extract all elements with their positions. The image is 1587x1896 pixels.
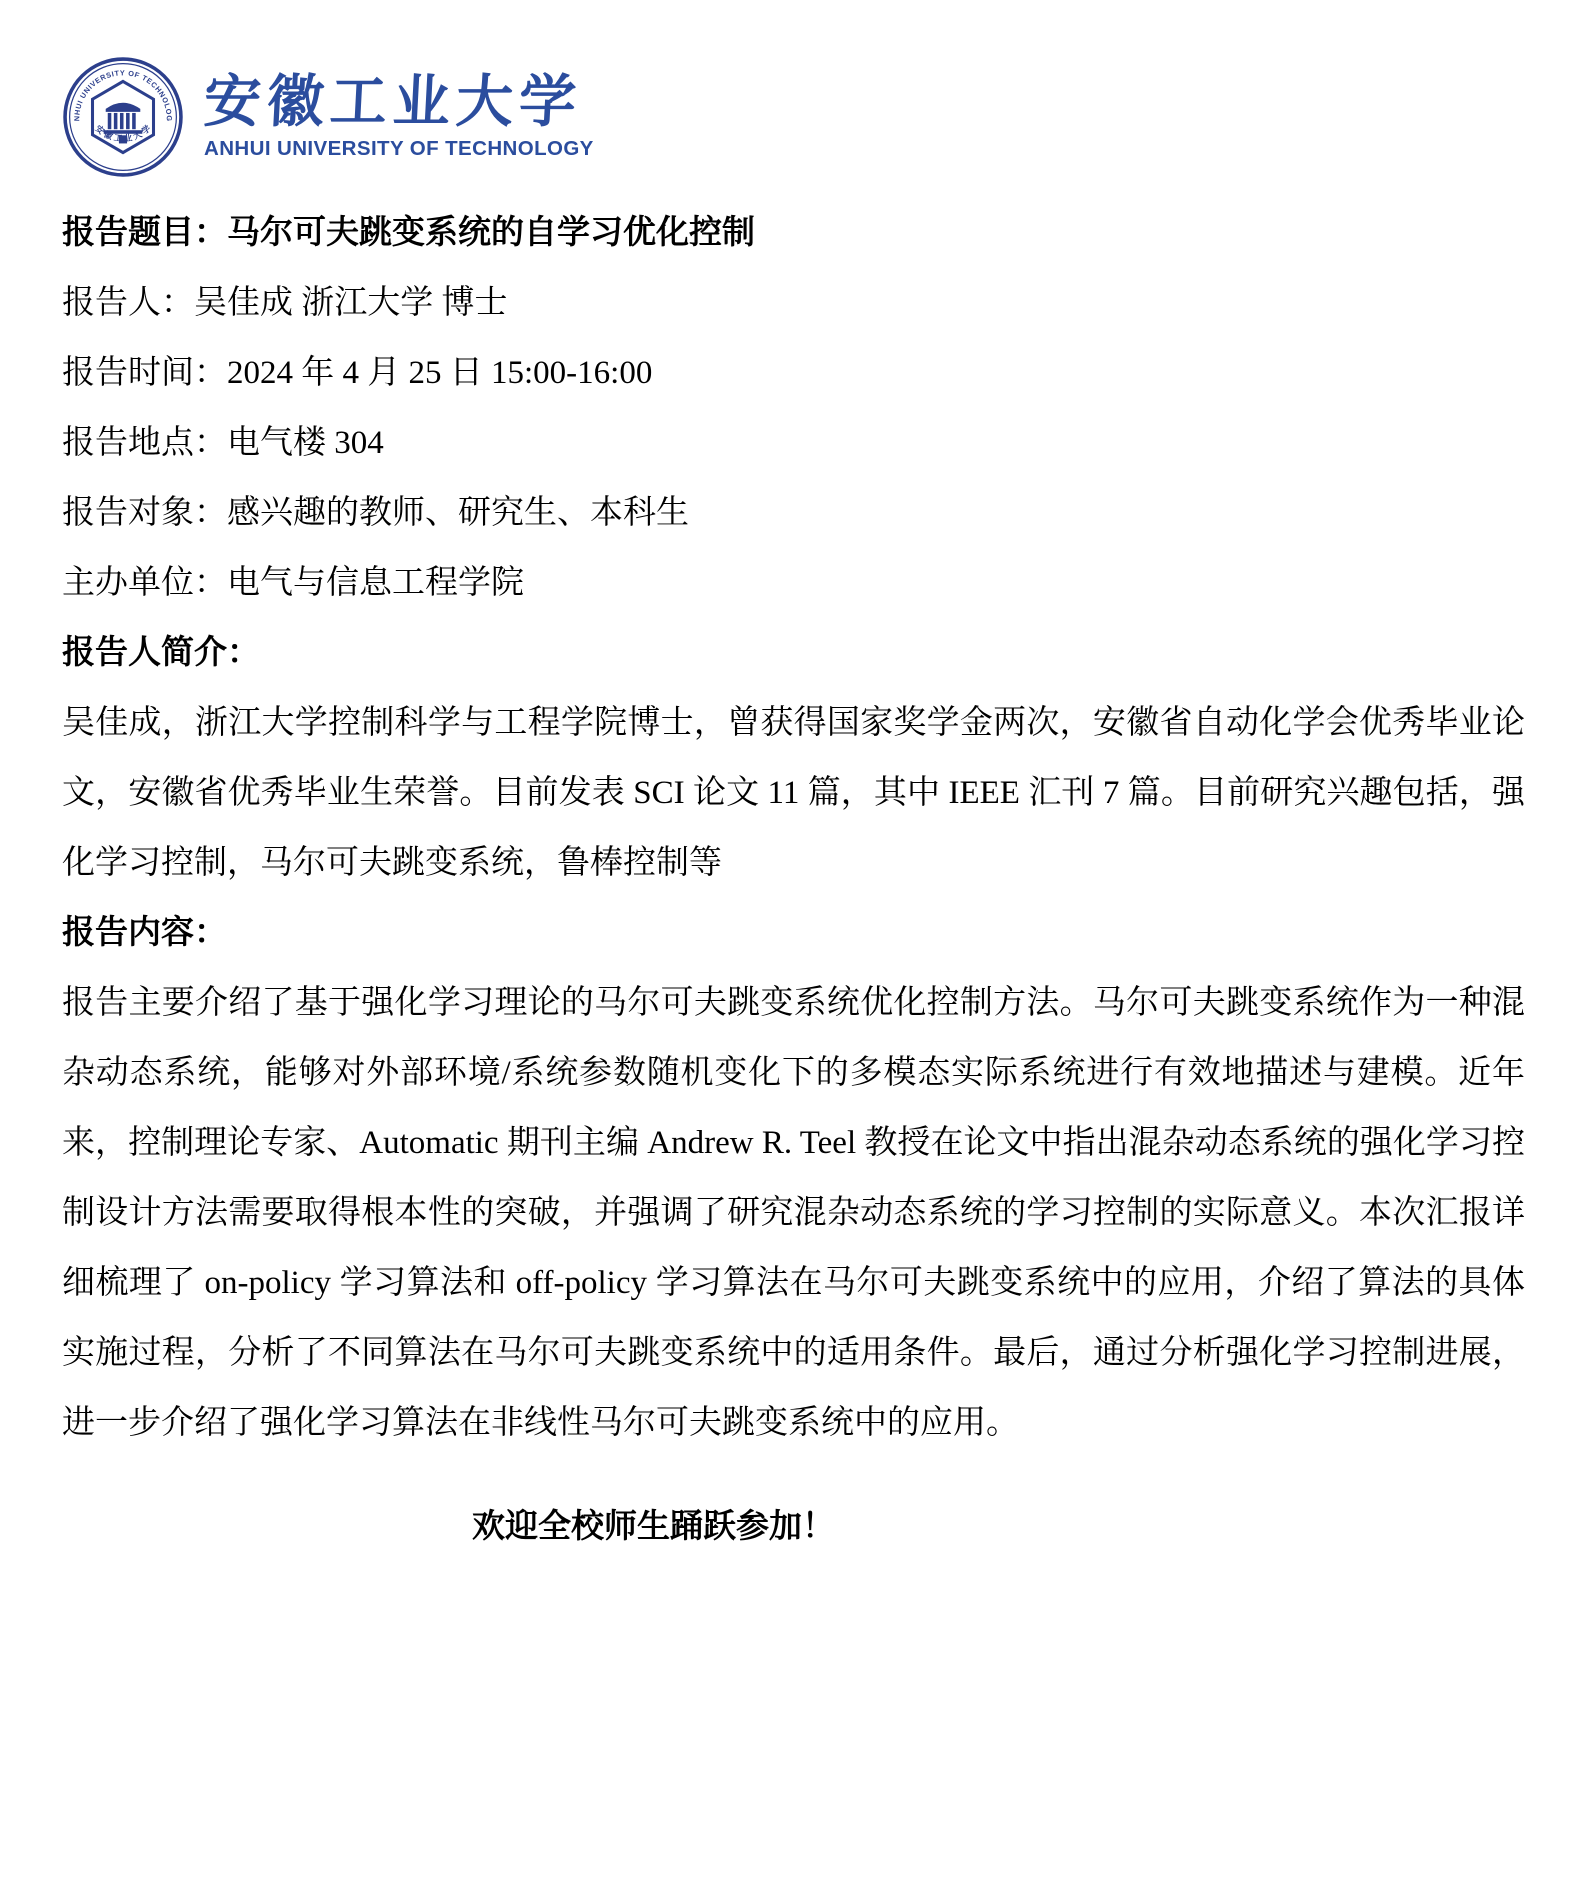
report-speaker-line: 报告人：吴佳成 浙江大学 博士 bbox=[62, 268, 1525, 338]
report-audience-line: 报告对象：感兴趣的教师、研究生、本科生 bbox=[62, 478, 1525, 548]
speaker-bio-paragraph: 吴佳成，浙江大学控制科学与工程学院博士，曾获得国家奖学金两次，安徽省自动化学会优… bbox=[62, 688, 1525, 898]
announcement-body: 报告题目：马尔可夫跳变系统的自学习优化控制 报告人：吴佳成 浙江大学 博士 报告… bbox=[62, 198, 1525, 1562]
welcome-closing-line: 欢迎全校师生踊跃参加！ bbox=[62, 1492, 1525, 1562]
report-title-line: 报告题目：马尔可夫跳变系统的自学习优化控制 bbox=[62, 198, 1525, 268]
report-time-line: 报告时间：2024 年 4 月 25 日 15:00-16:00 bbox=[62, 338, 1525, 408]
report-location-line: 报告地点：电气楼 304 bbox=[62, 408, 1525, 478]
university-seal-icon: ANHUI UNIVERSITY OF TECHNOLOGY 安 徽 工 业 大… bbox=[62, 56, 184, 178]
seminar-announcement-page: ANHUI UNIVERSITY OF TECHNOLOGY 安 徽 工 业 大… bbox=[0, 0, 1587, 1896]
university-logo-header: ANHUI UNIVERSITY OF TECHNOLOGY 安 徽 工 业 大… bbox=[62, 42, 1525, 192]
report-content-paragraph: 报告主要介绍了基于强化学习理论的马尔可夫跳变系统优化控制方法。马尔可夫跳变系统作… bbox=[62, 968, 1525, 1458]
report-organizer-line: 主办单位：电气与信息工程学院 bbox=[62, 548, 1525, 618]
speaker-bio-heading: 报告人简介： bbox=[62, 618, 1525, 688]
university-name-english: ANHUI UNIVERSITY OF TECHNOLOGY bbox=[204, 137, 594, 161]
university-name-chinese: 安徽工业大学 bbox=[202, 73, 595, 133]
university-wordmark: 安徽工业大学 ANHUI UNIVERSITY OF TECHNOLOGY bbox=[204, 73, 594, 161]
report-content-heading: 报告内容： bbox=[62, 898, 1525, 968]
